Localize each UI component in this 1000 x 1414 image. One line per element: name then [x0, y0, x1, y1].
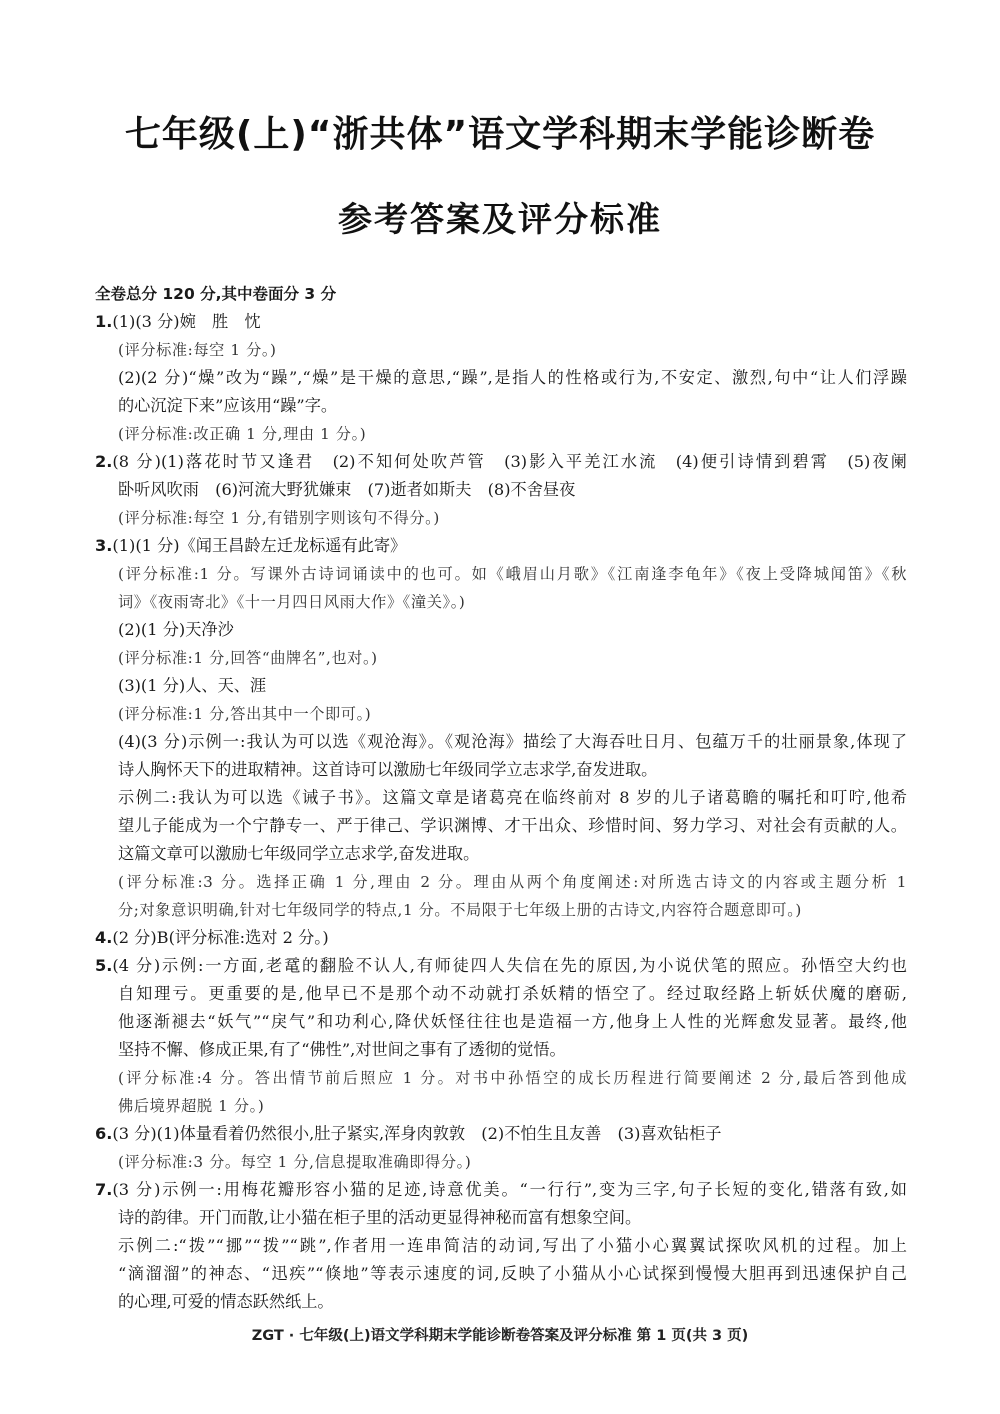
- question-2-line-1: 2.(8 分)(1)落花时节又逢君 (2)不知何处吹芦管 (3)影入平羌江水流 …: [95, 448, 907, 476]
- scoring-note: (评分标准:1 分,答出其中一个即可。): [95, 700, 907, 728]
- scoring-note: (评分标准:1 分。写课外古诗词诵读中的也可。如《峨眉山月歌》《江南逢李龟年》《…: [95, 560, 907, 588]
- scoring-note: 佛后境界超脱 1 分。): [95, 1092, 907, 1120]
- question-6-line-1: 6.(3 分)(1)体量看着仍然很小,肚子紧实,浑身肉敦敦 (2)不怕生且友善 …: [95, 1120, 907, 1148]
- scoring-note: (评分标准:1 分,回答“曲牌名”,也对。): [95, 644, 907, 672]
- answer-line: 诗的韵律。开门而散,让小猫在柜子里的活动更显得神秘而富有想象空间。: [95, 1204, 907, 1232]
- scoring-note: 分;对象意识明确,针对七年级同学的特点,1 分。不局限于七年级上册的古诗文,内容…: [95, 896, 907, 924]
- answer-line: 卧听风吹雨 (6)河流大野犹嫌束 (7)逝者如斯夫 (8)不舍昼夜: [95, 476, 907, 504]
- question-number: 2.: [95, 452, 112, 471]
- answer-line: (3)(1 分)人、天、涯: [95, 672, 907, 700]
- scoring-note: 词》《夜雨寄北》《十一月四日风雨大作》《潼关》。): [95, 588, 907, 616]
- answer-line: 坚持不懈、修成正果,有了“佛性”,对世间之事有了透彻的觉悟。: [95, 1036, 907, 1064]
- question-4-line-1: 4.(2 分)B(评分标准:选对 2 分。): [95, 924, 907, 952]
- scoring-note: (评分标准:每空 1 分。): [95, 336, 907, 364]
- doc-subtitle: 参考答案及评分标准: [0, 192, 1000, 241]
- answer-line: 望儿子能成为一个宁静专一、严于律己、学识渊博、才干出众、珍惜时间、努力学习、对社…: [95, 812, 907, 840]
- question-1-line-1: 1.(1)(3 分)婉 胜 忱: [95, 308, 907, 336]
- total-score: 全卷总分 120 分,其中卷面分 3 分: [95, 280, 907, 308]
- answer-line: 的心理,可爱的情态跃然纸上。: [95, 1288, 907, 1316]
- question-3-line-1: 3.(1)(1 分)《闻王昌龄左迁龙标遥有此寄》: [95, 532, 907, 560]
- answer-line: 这篇文章可以激励七年级同学立志求学,奋发进取。: [95, 840, 907, 868]
- scoring-note: (评分标准:3 分。选择正确 1 分,理由 2 分。理由从两个角度阐述:对所选古…: [95, 868, 907, 896]
- answer-line: “滴溜溜”的神态、“迅疾”“倏地”等表示速度的词,反映了小猫从小心试探到慢慢大胆…: [95, 1260, 907, 1288]
- question-number: 4.: [95, 928, 112, 947]
- answer-content: 全卷总分 120 分,其中卷面分 3 分 1.(1)(3 分)婉 胜 忱 (评分…: [95, 280, 907, 1316]
- question-number: 7.: [95, 1180, 112, 1199]
- answer-line: 示例二:“拨”“挪”“拨”“跳”,作者用一连串简洁的动词,写出了小猫小心翼翼试探…: [95, 1232, 907, 1260]
- answer-line: 示例二:我认为可以选《诫子书》。这篇文章是诸葛亮在临终前对 8 岁的儿子诸葛瞻的…: [95, 784, 907, 812]
- question-5-line-1: 5.(4 分)示例:一方面,老鼋的翻脸不认人,有师徒四人失信在先的原因,为小说伏…: [95, 952, 907, 980]
- scoring-note: (评分标准:改正确 1 分,理由 1 分。): [95, 420, 907, 448]
- scoring-note: (评分标准:3 分。每空 1 分,信息提取准确即得分。): [95, 1148, 907, 1176]
- answer-line: (2)(2 分)“燥”改为“躁”,“燥”是干燥的意思,“躁”,是指人的性格或行为…: [95, 364, 907, 392]
- answer-line: 自知理亏。更重要的是,他早已不是那个动不动就打杀妖精的悟空了。经过取经路上斩妖伏…: [95, 980, 907, 1008]
- page-footer: ZGT · 七年级(上)语文学科期末学能诊断卷答案及评分标准 第 1 页(共 3…: [0, 1324, 1000, 1345]
- answer-line: (4)(3 分)示例一:我认为可以选《观沧海》。《观沧海》描绘了大海吞吐日月、包…: [95, 728, 907, 756]
- scoring-note: (评分标准:4 分。答出情节前后照应 1 分。对书中孙悟空的成长历程进行简要阐述…: [95, 1064, 907, 1092]
- scoring-note: (评分标准:每空 1 分,有错别字则该句不得分。): [95, 504, 907, 532]
- doc-title: 七年级(上)“浙共体”语文学科期末学能诊断卷: [0, 106, 1000, 157]
- answer-line: 诗人胸怀天下的进取精神。这首诗可以激励七年级同学立志求学,奋发进取。: [95, 756, 907, 784]
- question-number: 6.: [95, 1124, 112, 1143]
- question-7-line-1: 7.(3 分)示例一:用梅花瓣形容小猫的足迹,诗意优美。“一行行”,变为三字,句…: [95, 1176, 907, 1204]
- question-number: 5.: [95, 956, 112, 975]
- question-number: 1.: [95, 312, 112, 331]
- question-number: 3.: [95, 536, 112, 555]
- answer-line: 他逐渐褪去“妖气”“戾气”和功利心,降伏妖怪往往也是造福一方,他身上人性的光辉愈…: [95, 1008, 907, 1036]
- answer-line: 的心沉淀下来”应该用“躁”字。: [95, 392, 907, 420]
- answer-line: (2)(1 分)天净沙: [95, 616, 907, 644]
